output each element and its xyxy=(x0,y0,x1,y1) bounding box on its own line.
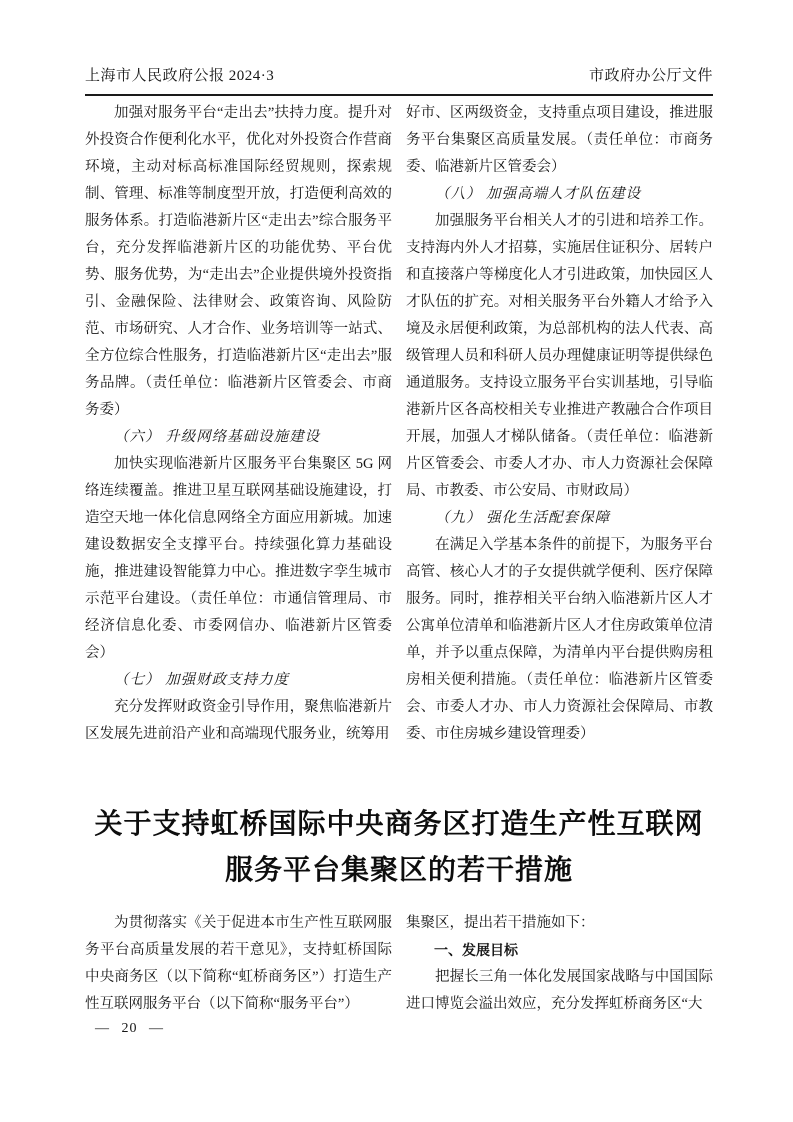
gazette-page: 上海市人民政府公报 2024·3 市政府办公厅文件 加强对服务平台“走出去”扶持… xyxy=(0,0,793,1122)
document-category-label: 市政府办公厅文件 xyxy=(589,64,713,85)
paragraph: 好市、区两级资金，支持重点项目建设，推进服务平台集聚区高质量发展。（责任单位：市… xyxy=(406,100,713,181)
article2-body: 为贯彻落实《关于促进本市生产性互联网服务平台高质量发展的若干意见》，支持虹桥国际… xyxy=(85,910,713,1032)
section-heading-8: （八） 加强高端人才队伍建设 xyxy=(406,181,713,208)
article1-body: 加强对服务平台“走出去”扶持力度。提升对外投资合作便利化水平，优化对外投资合作营… xyxy=(85,100,713,770)
paragraph: 充分发挥财政资金引导作用，聚焦临港新片区发展先进前沿产业和高端现代服务业，统筹用 xyxy=(85,694,392,748)
document-title-line2: 服务平台集聚区的若干措施 xyxy=(85,848,713,894)
paragraph: 把握长三角一体化发展国家战略与中国国际进口博览会溢出效应，充分发挥虹桥商务区“大 xyxy=(406,964,713,1018)
document-title: 关于支持虹桥国际中央商务区打造生产性互联网 服务平台集聚区的若干措施 xyxy=(85,802,713,894)
running-head: 上海市人民政府公报 2024·3 市政府办公厅文件 xyxy=(85,64,713,85)
gazette-issue-label: 上海市人民政府公报 2024·3 xyxy=(85,64,274,85)
section-heading-6: （六） 升级网络基础设施建设 xyxy=(85,424,392,451)
article2-right-column: 集聚区，提出若干措施如下： 一、发展目标 把握长三角一体化发展国家战略与中国国际… xyxy=(406,910,713,1032)
paragraph: 加快实现临港新片区服务平台集聚区 5G 网络连续覆盖。推进卫星互联网基础设施建设… xyxy=(85,451,392,667)
paragraph: 加强服务平台相关人才的引进和培养工作。支持海内外人才招募，实施居住证积分、居转户… xyxy=(406,208,713,505)
header-rule xyxy=(85,94,713,96)
article1-left-column: 加强对服务平台“走出去”扶持力度。提升对外投资合作便利化水平，优化对外投资合作营… xyxy=(85,100,392,770)
section-heading-7: （七） 加强财政支持力度 xyxy=(85,667,392,694)
paragraph: 为贯彻落实《关于促进本市生产性互联网服务平台高质量发展的若干意见》，支持虹桥国际… xyxy=(85,910,392,1018)
paragraph: 集聚区，提出若干措施如下： xyxy=(406,910,713,937)
article1-right-column: 好市、区两级资金，支持重点项目建设，推进服务平台集聚区高质量发展。（责任单位：市… xyxy=(406,100,713,770)
document-title-line1: 关于支持虹桥国际中央商务区打造生产性互联网 xyxy=(85,802,713,848)
section-heading-9: （九） 强化生活配套保障 xyxy=(406,505,713,532)
paragraph: 在满足入学基本条件的前提下，为服务平台高管、核心人才的子女提供就学便利、医疗保障… xyxy=(406,532,713,748)
article2-left-column: 为贯彻落实《关于促进本市生产性互联网服务平台高质量发展的若干意见》，支持虹桥国际… xyxy=(85,910,392,1032)
section-heading-development-goal: 一、发展目标 xyxy=(406,937,713,964)
page-number: — 20 — xyxy=(95,1021,164,1037)
paragraph: 加强对服务平台“走出去”扶持力度。提升对外投资合作便利化水平，优化对外投资合作营… xyxy=(85,100,392,424)
